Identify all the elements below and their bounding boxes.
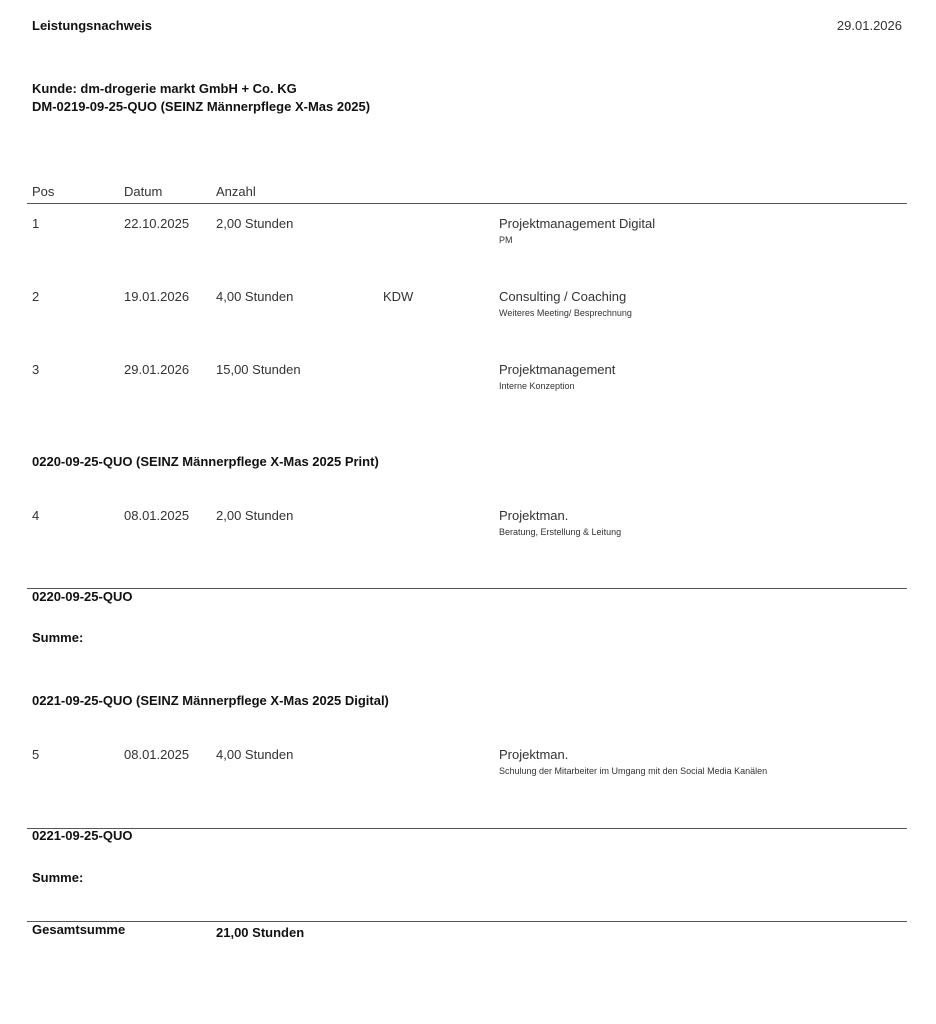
row-kuerzel: KDW (383, 289, 413, 304)
section-sum-label: Summe: (32, 630, 83, 645)
grand-total-label: Gesamtsumme (32, 922, 125, 937)
row-service: Projektman. (499, 508, 621, 523)
row-anzahl: 15,00 Stunden (216, 362, 301, 377)
row-anzahl: 4,00 Stunden (216, 747, 293, 762)
row-description: Projektmanagement Digital PM (499, 216, 655, 245)
row-note: PM (499, 235, 655, 245)
row-pos: 4 (32, 508, 39, 523)
grand-total-value: 21,00 Stunden (216, 925, 304, 940)
customer-info: Kunde: dm-drogerie markt GmbH + Co. KG D… (32, 80, 370, 116)
row-pos: 2 (32, 289, 39, 304)
document-date: 29.01.2026 (837, 18, 902, 33)
section-sum-label: Summe: (32, 870, 83, 885)
row-service: Projektmanagement (499, 362, 615, 377)
section-footer-code: 0220-09-25-QUO (32, 589, 132, 604)
section-title: 0220-09-25-QUO (SEINZ Männerpflege X-Mas… (32, 454, 379, 469)
document-title: Leistungsnachweis (32, 18, 152, 33)
row-description: Projektmanagement Interne Konzeption (499, 362, 615, 391)
row-service: Projektmanagement Digital (499, 216, 655, 231)
customer-name: Kunde: dm-drogerie markt GmbH + Co. KG (32, 80, 370, 98)
column-header-datum: Datum (124, 184, 162, 199)
total-divider (27, 921, 907, 922)
column-header-pos: Pos (32, 184, 54, 199)
row-datum: 08.01.2025 (124, 508, 189, 523)
section-divider (27, 588, 907, 589)
row-description: Projektman. Schulung der Mitarbeiter im … (499, 747, 767, 776)
column-header-anzahl: Anzahl (216, 184, 256, 199)
header-divider (27, 203, 907, 204)
row-pos: 1 (32, 216, 39, 231)
row-description: Consulting / Coaching Weiteres Meeting/ … (499, 289, 632, 318)
row-datum: 19.01.2026 (124, 289, 189, 304)
section-footer-code: 0221-09-25-QUO (32, 828, 132, 843)
row-service: Consulting / Coaching (499, 289, 632, 304)
row-anzahl: 4,00 Stunden (216, 289, 293, 304)
row-description: Projektman. Beratung, Erstellung & Leitu… (499, 508, 621, 537)
row-anzahl: 2,00 Stunden (216, 508, 293, 523)
row-service: Projektman. (499, 747, 767, 762)
row-datum: 29.01.2026 (124, 362, 189, 377)
row-datum: 08.01.2025 (124, 747, 189, 762)
row-note: Beratung, Erstellung & Leitung (499, 527, 621, 537)
row-note: Schulung der Mitarbeiter im Umgang mit d… (499, 766, 767, 776)
section-divider (27, 828, 907, 829)
project-reference: DM-0219-09-25-QUO (SEINZ Männerpflege X-… (32, 98, 370, 116)
section-title: 0221-09-25-QUO (SEINZ Männerpflege X-Mas… (32, 693, 389, 708)
row-note: Interne Konzeption (499, 381, 615, 391)
row-datum: 22.10.2025 (124, 216, 189, 231)
row-anzahl: 2,00 Stunden (216, 216, 293, 231)
row-note: Weiteres Meeting/ Besprechnung (499, 308, 632, 318)
row-pos: 5 (32, 747, 39, 762)
row-pos: 3 (32, 362, 39, 377)
